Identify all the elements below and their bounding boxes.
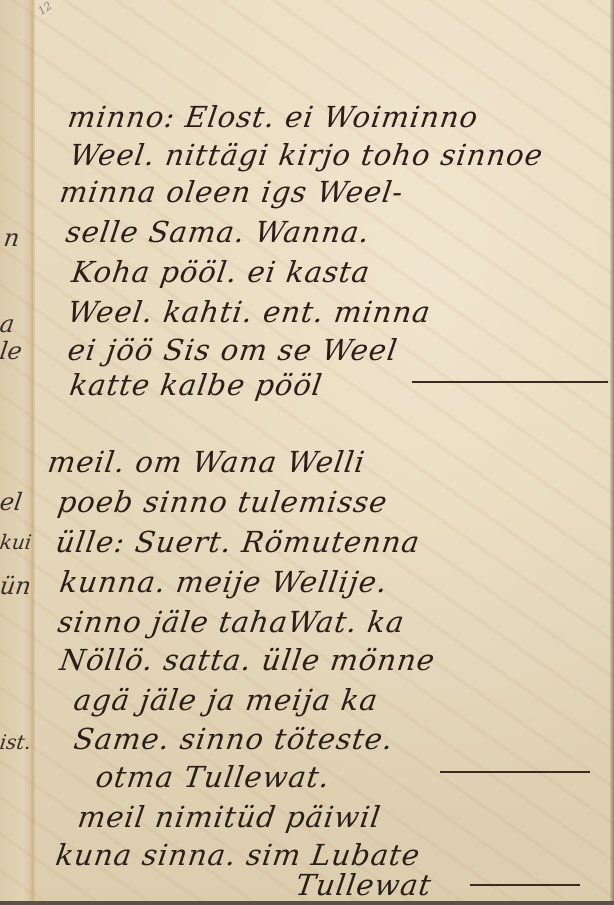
margin-fragment: kui	[0, 530, 33, 554]
manuscript-line: minno: Elost. ei Woiminno	[66, 100, 481, 134]
page-right-edge	[610, 0, 614, 905]
manuscript-line: Nöllö. satta. ülle mönne	[58, 643, 438, 677]
page-number: 12	[36, 0, 55, 18]
manuscript-line: kunna. meije Wellije.	[58, 565, 390, 599]
manuscript-line: meil. om Wana Welli	[46, 445, 368, 479]
margin-fragment: ün	[0, 572, 33, 600]
manuscript-line: ülle: Suert. Römutenna	[54, 525, 423, 559]
manuscript-line: otma Tullewat.	[94, 760, 333, 794]
margin-fragment: el	[0, 488, 24, 516]
manuscript-line: Same. sinno töteste.	[72, 722, 396, 756]
manuscript-page: 12 n a le el kui ün ist. minno: Elost. e…	[0, 0, 614, 905]
adjacent-page-strip	[0, 0, 33, 905]
manuscript-line: katte kalbe pööl	[68, 368, 325, 402]
manuscript-line: sinno jäle tahaWat. ka	[56, 605, 407, 639]
manuscript-line: meil nimitüd päiwil	[76, 800, 384, 834]
line-end-rule	[440, 771, 590, 773]
manuscript-line: Koha pööl. ei kasta	[70, 255, 373, 289]
line-end-rule	[412, 381, 608, 383]
manuscript-line: ei jöö Sis om se Weel	[66, 333, 400, 367]
manuscript-line: Weel. kahti. ent. minna	[66, 295, 434, 329]
manuscript-line: kuna sinna. sim Lubate	[54, 838, 423, 872]
manuscript-line: minna oleen igs Weel-	[58, 175, 406, 209]
line-end-rule	[470, 884, 580, 886]
manuscript-line: Weel. nittägi kirjo toho sinnoe	[68, 138, 546, 172]
margin-fragment: ist.	[0, 730, 33, 754]
manuscript-line: selle Sama. Wanna.	[64, 215, 373, 249]
page-fold	[31, 0, 35, 905]
margin-fragment: le	[0, 337, 24, 365]
manuscript-line: poeb sinno tulemisse	[56, 485, 390, 519]
signature-line: Tullewat	[294, 868, 434, 902]
manuscript-line: agä jäle ja meija ka	[72, 683, 381, 717]
